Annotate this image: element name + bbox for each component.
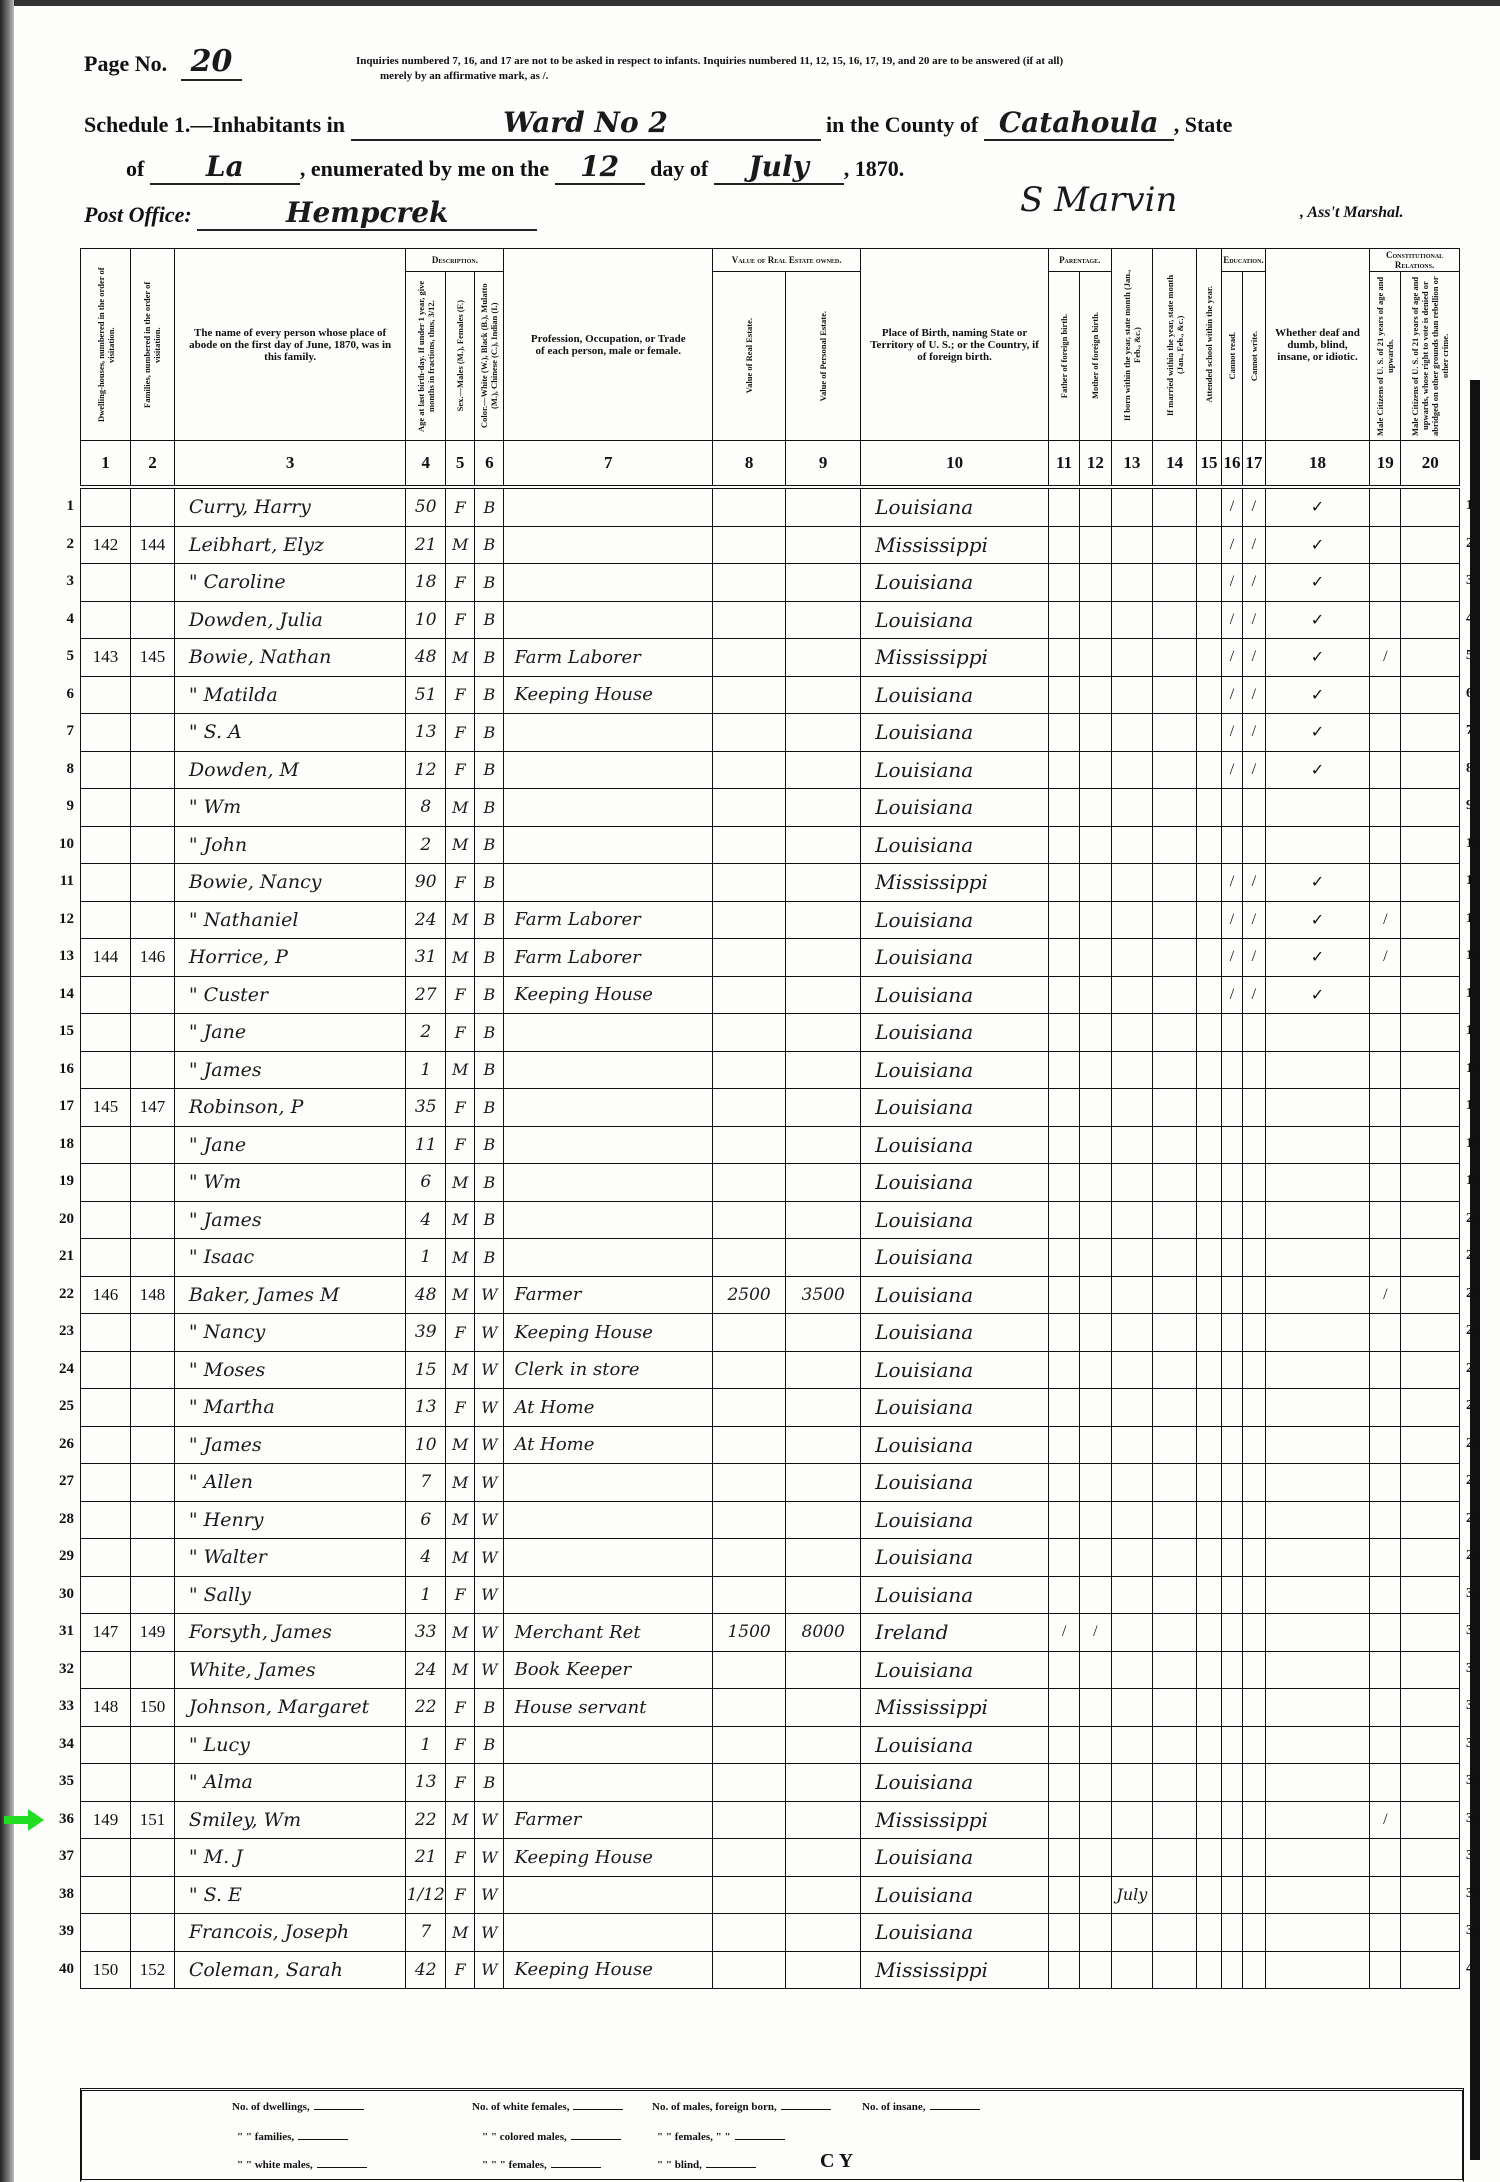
cell-c14 (1153, 1951, 1197, 1989)
cell-c11 (1048, 526, 1079, 564)
cell-personal-estate (786, 864, 861, 902)
table-row: " S. E1/12FWLouisianaJuly (81, 1876, 1460, 1914)
cell-c11 (1048, 714, 1079, 752)
cell-c14 (1153, 1651, 1197, 1689)
line-number-right: 7 (1466, 723, 1496, 739)
cell-sex: M (446, 1051, 475, 1089)
cell-c15 (1197, 976, 1222, 1014)
cell-sex: F (446, 1314, 475, 1352)
cell-family (131, 487, 175, 526)
header-col-7: Profession, Occupation, or Trade of each… (504, 249, 713, 441)
cell-c20 (1401, 1464, 1460, 1502)
cell-sex: M (446, 1239, 475, 1277)
cell-dwelling (81, 1764, 131, 1802)
cell-c17 (1242, 1126, 1265, 1164)
cell-dwelling: 149 (81, 1801, 131, 1839)
cell-c13 (1111, 1539, 1153, 1577)
cell-personal-estate (786, 1951, 861, 1989)
table-row: " Caroline18FBLouisiana//✓ (81, 564, 1460, 602)
cell-c15 (1197, 526, 1222, 564)
cell-c18 (1265, 1464, 1369, 1502)
cell-birthplace: Mississippi (861, 864, 1049, 902)
cell-birthplace: Louisiana (861, 1576, 1049, 1614)
cell-c11 (1048, 676, 1079, 714)
summary-males-foreign: No. of males, foreign born, (652, 2101, 831, 2113)
cell-c19 (1370, 526, 1401, 564)
cell-personal-estate (786, 526, 861, 564)
cell-c11 (1048, 789, 1079, 827)
cell-c14 (1153, 526, 1197, 564)
cell-c17: / (1242, 751, 1265, 789)
cell-color: B (475, 1764, 504, 1802)
cell-c16 (1222, 1801, 1243, 1839)
line-number-right: 34 (1466, 1736, 1496, 1752)
cell-occupation (504, 1914, 713, 1952)
cell-sex: M (446, 901, 475, 939)
cell-c20 (1401, 564, 1460, 602)
cell-occupation (504, 1464, 713, 1502)
cell-c18 (1265, 1914, 1369, 1952)
cell-c14 (1153, 487, 1197, 526)
cell-age: 13 (406, 714, 446, 752)
cell-c15 (1197, 1014, 1222, 1052)
cell-name: " S. E (174, 1876, 406, 1914)
cell-c18: ✓ (1265, 976, 1369, 1014)
cell-c16 (1222, 1089, 1243, 1127)
cell-c15 (1197, 1726, 1222, 1764)
cell-c14 (1153, 1614, 1197, 1652)
cell-occupation (504, 1201, 713, 1239)
cell-c20 (1401, 1764, 1460, 1802)
cell-c13 (1111, 1501, 1153, 1539)
cell-c11 (1048, 1464, 1079, 1502)
cell-family (131, 1876, 175, 1914)
cell-c18 (1265, 1801, 1369, 1839)
cell-family (131, 1726, 175, 1764)
table-row: " John2MBLouisiana (81, 826, 1460, 864)
cell-age: 2 (406, 826, 446, 864)
cell-age: 24 (406, 1651, 446, 1689)
cell-age: 24 (406, 901, 446, 939)
cell-age: 51 (406, 676, 446, 714)
cell-c20 (1401, 1539, 1460, 1577)
line-number-right: 27 (1466, 1473, 1496, 1489)
cell-c12: / (1080, 1614, 1111, 1652)
table-row: " S. A13FBLouisiana//✓ (81, 714, 1460, 752)
column-number: 4 (406, 441, 446, 488)
cell-c17 (1242, 1351, 1265, 1389)
cell-c16 (1222, 1576, 1243, 1614)
cell-c14 (1153, 1801, 1197, 1839)
cell-color: W (475, 1951, 504, 1989)
column-number: 8 (713, 441, 786, 488)
cell-sex: M (446, 826, 475, 864)
county-label: in the County of (826, 112, 978, 137)
cell-c12 (1080, 939, 1111, 977)
cell-c13 (1111, 1576, 1153, 1614)
line-number-left: 12 (40, 911, 74, 928)
cell-real-estate (713, 487, 786, 526)
line-number-left: 37 (40, 1848, 74, 1865)
cell-c16 (1222, 1914, 1243, 1952)
cell-family: 144 (131, 526, 175, 564)
cell-c12 (1080, 639, 1111, 677)
cell-c17 (1242, 1426, 1265, 1464)
cell-c15 (1197, 714, 1222, 752)
cell-dwelling (81, 864, 131, 902)
cell-name: Johnson, Margaret (174, 1689, 406, 1727)
cell-c15 (1197, 1051, 1222, 1089)
cell-birthplace: Louisiana (861, 1464, 1049, 1502)
cell-c18 (1265, 1126, 1369, 1164)
column-number: 7 (504, 441, 713, 488)
ward-value: Ward No 2 (351, 106, 821, 141)
table-row: " Moses15MWClerk in storeLouisiana (81, 1351, 1460, 1389)
cell-c14 (1153, 1464, 1197, 1502)
header-col-8: Value of Real Estate. (713, 272, 786, 441)
line-number-left: 35 (40, 1773, 74, 1790)
table-row: " Matilda51FBKeeping HouseLouisiana//✓ (81, 676, 1460, 714)
cell-c15 (1197, 1914, 1222, 1952)
cell-c17 (1242, 1801, 1265, 1839)
cell-c14 (1153, 939, 1197, 977)
cell-c17 (1242, 1239, 1265, 1277)
cell-family (131, 564, 175, 602)
cell-c19 (1370, 714, 1401, 752)
cell-birthplace: Louisiana (861, 564, 1049, 602)
cell-name: Dowden, M (174, 751, 406, 789)
cell-real-estate (713, 1089, 786, 1127)
cell-dwelling (81, 1201, 131, 1239)
column-number: 6 (475, 441, 504, 488)
cell-occupation (504, 826, 713, 864)
table-row: 150152Coleman, Sarah42FWKeeping HouseMis… (81, 1951, 1460, 1989)
cell-c13 (1111, 1801, 1153, 1839)
cell-age: 15 (406, 1351, 446, 1389)
cell-c17 (1242, 1089, 1265, 1127)
cell-dwelling (81, 751, 131, 789)
cell-occupation: At Home (504, 1389, 713, 1427)
cell-personal-estate (786, 1014, 861, 1052)
cell-c14 (1153, 789, 1197, 827)
cell-name: " S. A (174, 714, 406, 752)
cell-dwelling: 148 (81, 1689, 131, 1727)
cell-occupation: House servant (504, 1689, 713, 1727)
cell-birthplace: Mississippi (861, 1689, 1049, 1727)
cell-personal-estate (786, 1164, 861, 1202)
cell-occupation (504, 1764, 713, 1802)
line-number-left: 23 (40, 1323, 74, 1340)
summary-white-females: No. of white females, (472, 2101, 623, 2113)
cell-c18 (1265, 1351, 1369, 1389)
line-number-right: 6 (1466, 686, 1496, 702)
cell-dwelling (81, 1239, 131, 1277)
cell-c11 (1048, 601, 1079, 639)
cell-color: W (475, 1314, 504, 1352)
cell-c19 (1370, 1464, 1401, 1502)
cell-c17: / (1242, 601, 1265, 639)
line-number-left: 9 (40, 798, 74, 815)
cell-name: Bowie, Nathan (174, 639, 406, 677)
cell-personal-estate (786, 1426, 861, 1464)
table-row: 143145Bowie, Nathan48MBFarm LaborerMissi… (81, 639, 1460, 677)
cell-c15 (1197, 1351, 1222, 1389)
cell-name: Bowie, Nancy (174, 864, 406, 902)
cell-c16 (1222, 1276, 1243, 1314)
cell-real-estate (713, 901, 786, 939)
cell-c17 (1242, 1201, 1265, 1239)
cell-real-estate: 2500 (713, 1276, 786, 1314)
cell-c18 (1265, 1876, 1369, 1914)
column-number: 16 (1222, 441, 1243, 488)
cell-c20 (1401, 639, 1460, 677)
cell-c16 (1222, 789, 1243, 827)
cell-c11 (1048, 1539, 1079, 1577)
highlight-arrow-icon (4, 1809, 44, 1831)
cell-c14 (1153, 1351, 1197, 1389)
line-number-right: 19 (1466, 1173, 1496, 1189)
cell-sex: F (446, 1689, 475, 1727)
cell-c20 (1401, 789, 1460, 827)
cell-c15 (1197, 751, 1222, 789)
cell-c17 (1242, 1164, 1265, 1202)
cell-c20 (1401, 864, 1460, 902)
cell-c11 (1048, 864, 1079, 902)
cell-personal-estate: 3500 (786, 1276, 861, 1314)
cell-c17 (1242, 1651, 1265, 1689)
cell-c18 (1265, 789, 1369, 827)
cell-c14 (1153, 714, 1197, 752)
cell-birthplace: Louisiana (861, 1914, 1049, 1952)
line-number-left: 24 (40, 1361, 74, 1378)
column-number: 10 (861, 441, 1049, 488)
cell-dwelling (81, 826, 131, 864)
page-number: Page No. 20 (84, 44, 242, 79)
cell-age: 13 (406, 1764, 446, 1802)
line-number-left: 40 (40, 1961, 74, 1978)
cell-birthplace: Louisiana (861, 1426, 1049, 1464)
header-col-16: Cannot read. (1222, 272, 1243, 441)
cell-real-estate (713, 826, 786, 864)
cell-c17 (1242, 1314, 1265, 1352)
cell-c14 (1153, 1764, 1197, 1802)
cell-color: B (475, 1089, 504, 1127)
cell-c13 (1111, 1164, 1153, 1202)
cell-occupation (504, 1051, 713, 1089)
cell-personal-estate (786, 1726, 861, 1764)
cell-color: B (475, 789, 504, 827)
instructions-line-1: Inquiries numbered 7, 16, and 17 are not… (356, 54, 1456, 69)
header-group-constitutional: Constitutional Relations. (1370, 249, 1460, 272)
header-col-12: Mother of foreign birth. (1080, 272, 1111, 441)
cell-birthplace: Louisiana (861, 1726, 1049, 1764)
header-col-15: Attended school within the year. (1197, 249, 1222, 441)
cell-c13 (1111, 751, 1153, 789)
cell-c14 (1153, 1126, 1197, 1164)
cell-c19 (1370, 1314, 1401, 1352)
line-number-left: 16 (40, 1061, 74, 1078)
cell-c18 (1265, 1951, 1369, 1989)
cell-color: B (475, 487, 504, 526)
cell-personal-estate (786, 1126, 861, 1164)
census-rows: Curry, Harry50FBLouisiana//✓142144Leibha… (81, 487, 1460, 1989)
cell-c19 (1370, 864, 1401, 902)
cell-c16: / (1222, 901, 1243, 939)
cell-c14 (1153, 1876, 1197, 1914)
cell-age: 33 (406, 1614, 446, 1652)
cell-c18 (1265, 1689, 1369, 1727)
cell-age: 1 (406, 1239, 446, 1277)
cell-name: " Nancy (174, 1314, 406, 1352)
table-row: " Henry6MWLouisiana (81, 1501, 1460, 1539)
cell-c17 (1242, 1689, 1265, 1727)
cell-c11 (1048, 1051, 1079, 1089)
cell-name: " John (174, 826, 406, 864)
cell-age: 7 (406, 1464, 446, 1502)
cell-c13 (1111, 1239, 1153, 1277)
cell-real-estate (713, 1351, 786, 1389)
cell-personal-estate (786, 939, 861, 977)
cell-c15 (1197, 1201, 1222, 1239)
cell-name: White, James (174, 1651, 406, 1689)
cell-color: B (475, 939, 504, 977)
cell-c20 (1401, 526, 1460, 564)
cell-c13 (1111, 789, 1153, 827)
cell-family: 149 (131, 1614, 175, 1652)
cell-color: B (475, 1051, 504, 1089)
cell-c11 (1048, 639, 1079, 677)
line-number-right: 22 (1466, 1286, 1496, 1302)
line-number-right: 30 (1466, 1586, 1496, 1602)
cell-dwelling (81, 901, 131, 939)
cell-c17 (1242, 1764, 1265, 1802)
cell-c20 (1401, 1726, 1460, 1764)
cell-birthplace: Louisiana (861, 751, 1049, 789)
cell-personal-estate (786, 1389, 861, 1427)
line-number-right: 21 (1466, 1248, 1496, 1264)
cell-family: 146 (131, 939, 175, 977)
table-row: " Wm8MBLouisiana (81, 789, 1460, 827)
line-number-left: 30 (40, 1586, 74, 1603)
cell-occupation (504, 789, 713, 827)
cell-c17 (1242, 1914, 1265, 1952)
cell-c20 (1401, 1614, 1460, 1652)
cell-occupation: Farm Laborer (504, 901, 713, 939)
line-number-left: 1 (40, 498, 74, 515)
cell-occupation: Farm Laborer (504, 939, 713, 977)
cell-personal-estate: 8000 (786, 1614, 861, 1652)
cell-c15 (1197, 564, 1222, 602)
table-row: 142144Leibhart, Elyz21MBMississippi//✓ (81, 526, 1460, 564)
cell-c18: ✓ (1265, 487, 1369, 526)
cell-c20 (1401, 1014, 1460, 1052)
table-row: " Walter4MWLouisiana (81, 1539, 1460, 1577)
cell-name: " Walter (174, 1539, 406, 1577)
cell-occupation (504, 1164, 713, 1202)
line-number-right: 3 (1466, 573, 1496, 589)
summary-colored-males: " " colored males, (482, 2131, 621, 2143)
post-office-line: Post Office: Hempcrek (84, 196, 537, 231)
cell-family (131, 1014, 175, 1052)
column-number: 2 (131, 441, 175, 488)
cell-birthplace: Louisiana (861, 1876, 1049, 1914)
cell-name: " Wm (174, 1164, 406, 1202)
cell-occupation (504, 864, 713, 902)
cell-birthplace: Louisiana (861, 487, 1049, 526)
table-row: 145147Robinson, P35FBLouisiana (81, 1089, 1460, 1127)
cell-age: 8 (406, 789, 446, 827)
cell-dwelling (81, 601, 131, 639)
cell-family (131, 1839, 175, 1877)
cell-sex: M (446, 1501, 475, 1539)
cell-c19 (1370, 1651, 1401, 1689)
cell-c12 (1080, 1201, 1111, 1239)
cell-c12 (1080, 564, 1111, 602)
cell-c19 (1370, 1239, 1401, 1277)
cell-sex: F (446, 1126, 475, 1164)
cell-c14 (1153, 1314, 1197, 1352)
cell-color: B (475, 1689, 504, 1727)
line-number-left: 28 (40, 1511, 74, 1528)
year-value: , 1870. (844, 156, 905, 181)
cell-color: B (475, 1201, 504, 1239)
table-row: Bowie, Nancy90FBMississippi//✓ (81, 864, 1460, 902)
cell-c16: / (1222, 526, 1243, 564)
cell-c15 (1197, 939, 1222, 977)
cell-c19 (1370, 564, 1401, 602)
cell-name: Leibhart, Elyz (174, 526, 406, 564)
table-row: " Nathaniel24MBFarm LaborerLouisiana//✓/ (81, 901, 1460, 939)
cell-c17 (1242, 1276, 1265, 1314)
page-number-value: 20 (181, 44, 243, 81)
cell-c14 (1153, 1201, 1197, 1239)
line-number-right: 1 (1466, 498, 1496, 514)
cell-c16 (1222, 1539, 1243, 1577)
cell-name: " Lucy (174, 1726, 406, 1764)
cell-sex: M (446, 939, 475, 977)
header-group-parentage: Parentage. (1048, 249, 1111, 272)
cell-color: B (475, 1164, 504, 1202)
cell-personal-estate (786, 1314, 861, 1352)
cell-color: W (475, 1501, 504, 1539)
cell-c12 (1080, 1801, 1111, 1839)
cell-sex: F (446, 1014, 475, 1052)
line-number-left: 20 (40, 1211, 74, 1228)
line-number-left: 32 (40, 1661, 74, 1678)
line-number-left: 17 (40, 1098, 74, 1115)
column-number: 14 (1153, 441, 1197, 488)
header-col-2: Families, numbered in the order of visit… (131, 249, 175, 441)
cell-c15 (1197, 1839, 1222, 1877)
cell-dwelling (81, 1389, 131, 1427)
cell-c15 (1197, 1689, 1222, 1727)
line-number-left: 10 (40, 836, 74, 853)
cell-c16 (1222, 1351, 1243, 1389)
header-col-3: The name of every person whose place of … (174, 249, 406, 441)
table-row: 146148Baker, James M48MWFarmer25003500Lo… (81, 1276, 1460, 1314)
cell-c13 (1111, 639, 1153, 677)
cell-c20 (1401, 1801, 1460, 1839)
cell-c11 (1048, 1126, 1079, 1164)
cell-c16: / (1222, 864, 1243, 902)
cell-c16 (1222, 1764, 1243, 1802)
cell-occupation (504, 751, 713, 789)
cell-color: B (475, 601, 504, 639)
cell-c16 (1222, 1464, 1243, 1502)
cell-c13 (1111, 864, 1153, 902)
header-col-18: Whether deaf and dumb, blind, insane, or… (1265, 249, 1369, 441)
cell-family (131, 826, 175, 864)
